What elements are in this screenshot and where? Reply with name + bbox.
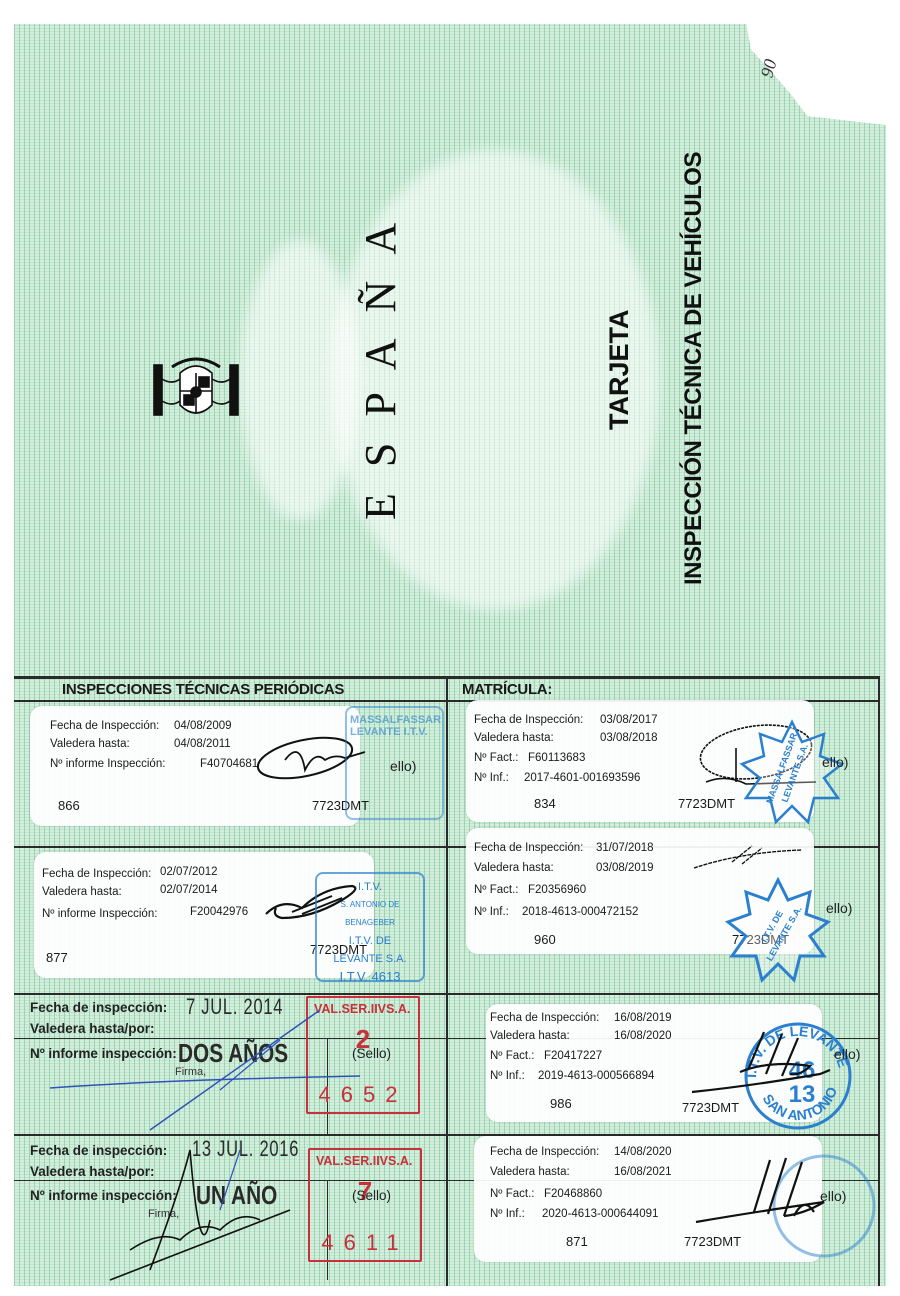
- sticker-code: 986: [550, 1096, 572, 1111]
- signature-scribble: [690, 1030, 830, 1100]
- sticker-valid-label: Valedera hasta:: [42, 886, 122, 898]
- watermark-crest-inner: [240, 240, 360, 520]
- sticker-code: 871: [566, 1234, 588, 1249]
- sticker-plate: 7723DMT: [678, 796, 735, 811]
- sticker-valid-label: Valedera hasta:: [474, 732, 554, 744]
- sticker-date-label: Fecha de Inspección:: [50, 720, 159, 732]
- sticker-report-value: F20042976: [190, 906, 248, 918]
- form-right-border: [878, 676, 880, 1286]
- periodic-inspections-header: INSPECCIONES TÉCNICAS PERIÓDICAS: [62, 681, 344, 698]
- sticker-report-value: F40704681: [200, 758, 258, 770]
- sticker-report-label: Nº informe Inspección:: [42, 908, 157, 920]
- document-subtitle: INSPECCIÓN TÉCNICA DE VEHÍCULOS: [680, 152, 708, 585]
- sticker-valid-value: 04/08/2011: [174, 738, 231, 750]
- sticker-plate: 7723DMT: [682, 1100, 739, 1115]
- field-seal-fragment: ello): [834, 1046, 860, 1062]
- sticker-inf-value: 2019-4613-000566894: [538, 1070, 654, 1082]
- signature-scribble: [692, 842, 802, 872]
- field-seal-label: (Sello): [352, 1188, 391, 1203]
- sticker-date-label: Fecha de Inspección:: [474, 714, 583, 726]
- sticker-inf-value: 2020-4613-000644091: [542, 1208, 658, 1220]
- sticker-inf-value: 2018-4613-000472152: [522, 906, 638, 918]
- sticker-date-value: 16/08/2019: [614, 1012, 672, 1024]
- stamp-line: I.T.V.: [317, 878, 423, 896]
- field-seal-fragment: ello): [826, 900, 852, 916]
- sticker-valid-value: 02/07/2014: [160, 884, 218, 896]
- sticker-date-value: 14/08/2020: [614, 1146, 672, 1158]
- stamp-line: I.T.V. DE: [317, 932, 423, 950]
- sticker-code: 960: [534, 932, 556, 947]
- itv-red-stamp: VAL.SER.IIVS.A. 7 4611: [308, 1148, 422, 1262]
- stamp-fragment: MASSALFASSAR LEVANTE I.T.V.: [350, 714, 440, 738]
- sticker-valid-label: Valedera hasta:: [474, 862, 554, 874]
- signature-scribble: [694, 1156, 834, 1226]
- sticker-inf-label: Nº Inf.:: [490, 1208, 525, 1220]
- form-center-divider: [446, 676, 448, 1286]
- sticker-valid-value: 16/08/2021: [614, 1166, 672, 1178]
- sticker-valid-value: 03/08/2018: [600, 732, 658, 744]
- sticker-plate: 7723DMT: [684, 1234, 741, 1249]
- signature-scribble: [100, 1130, 300, 1290]
- sticker-date-label: Fecha de Inspección:: [42, 868, 151, 880]
- sticker-inf-label: Nº Inf.:: [474, 772, 509, 784]
- stamp-header: VAL.SER.IIVS.A.: [316, 1154, 412, 1168]
- stamp-line: LEVANTE S.A.: [317, 950, 423, 968]
- row-divider-2: [14, 993, 880, 995]
- sticker-inf-value: 2017-4601-001693596: [524, 772, 640, 784]
- sticker-fact-label: Nº Fact.:: [474, 752, 518, 764]
- sticker-date-value: 04/08/2009: [174, 720, 232, 732]
- sticker-valid-value: 16/08/2020: [614, 1030, 672, 1042]
- sticker-fact-label: Nº Fact.:: [474, 884, 518, 896]
- sticker-inf-label: Nº Inf.:: [474, 906, 509, 918]
- sticker-code: 866: [58, 798, 80, 813]
- field-seal-fragment: ello): [390, 758, 416, 774]
- sticker-valid-value: 03/08/2019: [596, 862, 654, 874]
- sticker-date-label: Fecha de Inspección:: [490, 1146, 599, 1158]
- field-seal-fragment: ello): [822, 754, 848, 770]
- itv-blue-stamp-left-2: I.T.V. S. ANTONIO DE BENAGEBER I.T.V. DE…: [315, 872, 425, 982]
- field-seal-fragment: ello): [820, 1188, 846, 1204]
- sticker-inf-label: Nº Inf.:: [490, 1070, 525, 1082]
- signature-scribble: [40, 1000, 360, 1130]
- sticker-fact-value: F20417227: [544, 1050, 602, 1062]
- country-name: ESPAÑA: [355, 197, 406, 520]
- sticker-code: 834: [534, 796, 556, 811]
- registration-header: MATRÍCULA:: [462, 681, 552, 698]
- sticker-date-label: Fecha de Inspección:: [490, 1012, 599, 1024]
- sticker-date-value: 31/07/2018: [596, 842, 654, 854]
- sticker-code: 877: [46, 950, 68, 965]
- spain-coat-of-arms-icon: [150, 355, 242, 425]
- inspection-sticker-left-1: Fecha de Inspección: 04/08/2009 Valedera…: [30, 706, 360, 826]
- sticker-valid-label: Valedera hasta:: [50, 738, 130, 750]
- itv-star-stamp-right-1: MASSALFASSAR LEVANTE S.A.: [742, 722, 842, 822]
- document-title: TARJETA: [604, 310, 635, 431]
- sticker-valid-label: Valedera hasta:: [490, 1030, 570, 1042]
- sticker-fact-value: F20468860: [544, 1188, 602, 1200]
- stamp-line: S. ANTONIO DE BENAGEBER: [317, 896, 423, 932]
- stamp-line: I.T.V. 4613: [317, 968, 423, 986]
- sticker-date-value: 03/08/2017: [600, 714, 658, 726]
- sticker-fact-label: Nº Fact.:: [490, 1188, 534, 1200]
- sticker-fact-label: Nº Fact.:: [490, 1050, 534, 1062]
- itv-star-stamp-right-2: I.T.V. DE LEVANTE S.A.: [728, 880, 828, 980]
- sticker-fact-value: F60113683: [528, 752, 585, 764]
- stamp-number: 4611: [316, 1230, 414, 1256]
- sticker-date-label: Fecha de Inspección:: [474, 842, 583, 854]
- sticker-valid-label: Valedera hasta:: [490, 1166, 570, 1178]
- sticker-date-value: 02/07/2012: [160, 866, 218, 878]
- sticker-fact-value: F20356960: [528, 884, 586, 896]
- sticker-report-label: Nº informe Inspección:: [50, 758, 165, 770]
